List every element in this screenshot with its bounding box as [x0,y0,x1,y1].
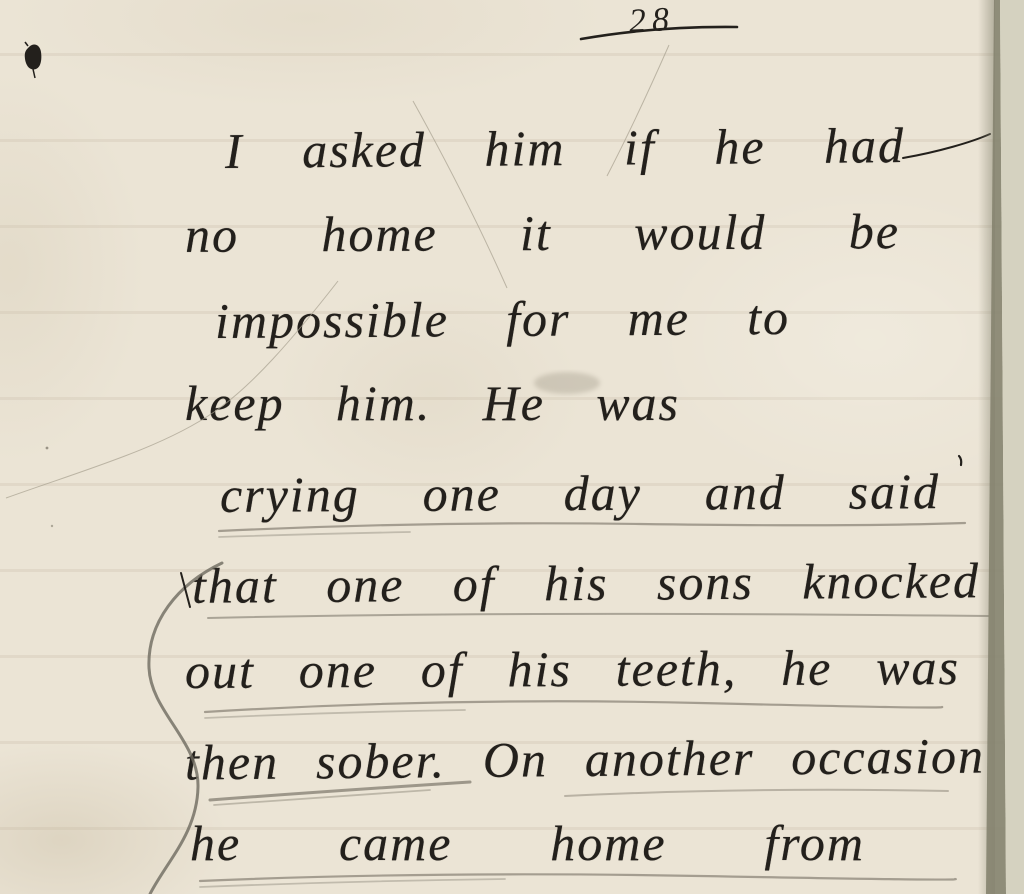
pencil-underline-line7-double [205,710,465,718]
pencil-underline-line7 [205,701,942,712]
page-number: 28 [611,0,693,42]
pencil-underline-line9-double [200,879,505,887]
handwritten-line-6: that one of his sons knocked [192,550,980,615]
adjacent-page-edge [1000,0,1024,894]
handwritten-line-3: impossible for me to [215,287,790,351]
pencil-underline-line8-right [565,790,948,796]
pencil-underline-line5-double [219,532,410,537]
handwritten-line-8: then sober. On another occasion [185,726,985,793]
handwritten-line-1: I asked him if he had [225,115,905,181]
ink-tick-before-that [181,573,190,607]
handwritten-line-9: he came home from [190,813,865,873]
handwritten-line-2: no home it would be [185,201,900,265]
ink-blot-top-left [25,42,42,78]
manuscript-page-scan: 28 I asked him if he had no home it woul… [0,0,1024,894]
page-edge-line [986,0,1006,894]
paper-specks [46,447,54,528]
handwritten-line-4: keep him. He was [185,373,680,433]
pencil-underline-line8-left-double [214,790,430,805]
ink-flourish-line1 [903,134,990,158]
pencil-underline-line9 [200,874,956,881]
handwritten-line-5: crying one day and said [220,461,940,525]
ink-speck-right [959,456,961,465]
handwritten-line-7: out one of his teeth, he was [185,637,960,701]
